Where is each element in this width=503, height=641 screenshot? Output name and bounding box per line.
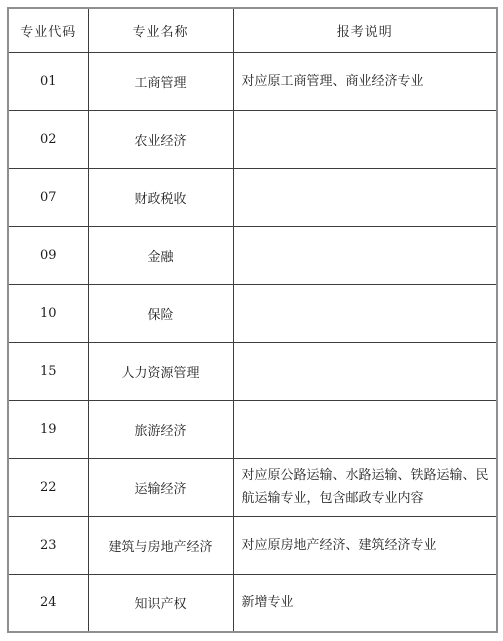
majors-table: 专业代码 专业名称 报考说明 01 工商管理 对应原工商管理、商业经济专业 02… [7, 7, 498, 633]
table-row: 01 工商管理 对应原工商管理、商业经济专业 [8, 52, 497, 110]
table-row: 22 运输经济 对应原公路运输、水路运输、铁路运输、民航运输专业，包含邮政专业内… [8, 458, 497, 516]
table-row: 23 建筑与房地产经济 对应原房地产经济、建筑经济专业 [8, 516, 497, 574]
header-cell-code: 专业代码 [8, 8, 88, 52]
major-note [233, 342, 497, 400]
header-cell-name: 专业名称 [88, 8, 233, 52]
major-note: 新增专业 [233, 574, 497, 632]
major-name: 旅游经济 [88, 400, 233, 458]
major-name: 运输经济 [88, 458, 233, 516]
major-code: 07 [8, 168, 88, 226]
page: 专业代码 专业名称 报考说明 01 工商管理 对应原工商管理、商业经济专业 02… [0, 0, 503, 641]
header-cell-note: 报考说明 [233, 8, 497, 52]
major-code: 22 [8, 458, 88, 516]
major-note [233, 284, 497, 342]
table-row: 24 知识产权 新增专业 [8, 574, 497, 632]
table-header-row: 专业代码 专业名称 报考说明 [8, 8, 497, 52]
table-row: 10 保险 [8, 284, 497, 342]
major-name: 金融 [88, 226, 233, 284]
major-name: 知识产权 [88, 574, 233, 632]
major-code: 19 [8, 400, 88, 458]
table-row: 07 财政税收 [8, 168, 497, 226]
major-name: 人力资源管理 [88, 342, 233, 400]
table-row: 19 旅游经济 [8, 400, 497, 458]
major-code: 10 [8, 284, 88, 342]
major-note: 对应原房地产经济、建筑经济专业 [233, 516, 497, 574]
major-code: 23 [8, 516, 88, 574]
table-row: 02 农业经济 [8, 110, 497, 168]
table-row: 15 人力资源管理 [8, 342, 497, 400]
major-name: 工商管理 [88, 52, 233, 110]
major-note [233, 400, 497, 458]
major-name: 财政税收 [88, 168, 233, 226]
major-note [233, 110, 497, 168]
major-note: 对应原工商管理、商业经济专业 [233, 52, 497, 110]
major-name: 农业经济 [88, 110, 233, 168]
major-code: 01 [8, 52, 88, 110]
major-note [233, 226, 497, 284]
table-row: 09 金融 [8, 226, 497, 284]
major-note [233, 168, 497, 226]
major-code: 02 [8, 110, 88, 168]
major-name: 保险 [88, 284, 233, 342]
major-note: 对应原公路运输、水路运输、铁路运输、民航运输专业，包含邮政专业内容 [233, 458, 497, 516]
major-name: 建筑与房地产经济 [88, 516, 233, 574]
major-code: 24 [8, 574, 88, 632]
major-code: 09 [8, 226, 88, 284]
major-code: 15 [8, 342, 88, 400]
